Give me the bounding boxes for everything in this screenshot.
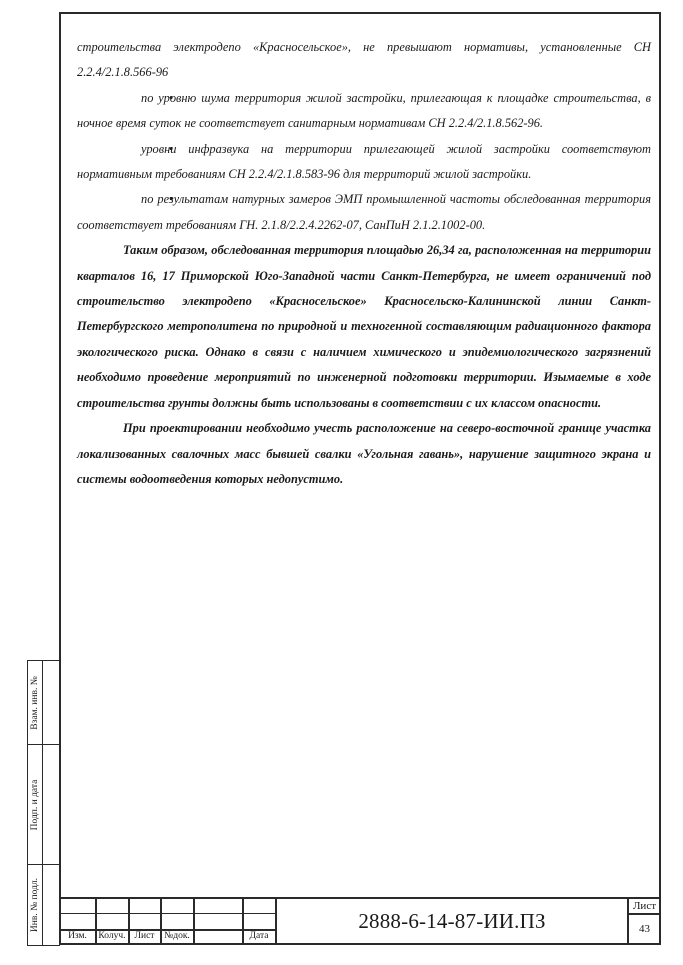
bullet-icon: • xyxy=(123,137,141,162)
col-change: Изм. xyxy=(60,931,95,941)
bullet-emf: •по результатам натурных замеров ЭМП про… xyxy=(77,187,651,238)
bullet-infrasound: •уровни инфразвука на территории прилега… xyxy=(77,137,651,188)
page-content: строительства электродепо «Красносельско… xyxy=(77,35,651,492)
col-sheet: Лист xyxy=(129,931,160,941)
sheet-label: Лист xyxy=(628,898,661,914)
col-date: Дата xyxy=(243,931,275,941)
paragraph-recommendation: При проектировании необходимо учесть рас… xyxy=(77,416,651,492)
document-code: 2888-6-14-87-ИИ.ПЗ xyxy=(276,898,628,945)
bullet-icon: • xyxy=(123,86,141,111)
side-label-signature-date: Подп. и дата xyxy=(30,779,40,830)
side-field-signature-date: Подп. и дата xyxy=(27,744,60,865)
side-field-replacement-inv: Взам. инв. № xyxy=(27,660,60,745)
bullet-noise: •по уровню шума территория жилой застрой… xyxy=(77,86,651,137)
side-label-original-inv: Инв. № подл. xyxy=(30,878,40,932)
paragraph-continuation: строительства электродепо «Красносельско… xyxy=(77,35,651,86)
bullet-icon: • xyxy=(123,187,141,212)
side-field-original-inv: Инв. № подл. xyxy=(27,864,60,946)
col-doc-number: №док. xyxy=(161,931,193,941)
side-label-replacement-inv: Взам. инв. № xyxy=(30,676,40,730)
sheet-number: 43 xyxy=(628,914,661,945)
paragraph-conclusion: Таким образом, обследованная территория … xyxy=(77,238,651,416)
col-quantity: Колуч. xyxy=(96,931,128,941)
